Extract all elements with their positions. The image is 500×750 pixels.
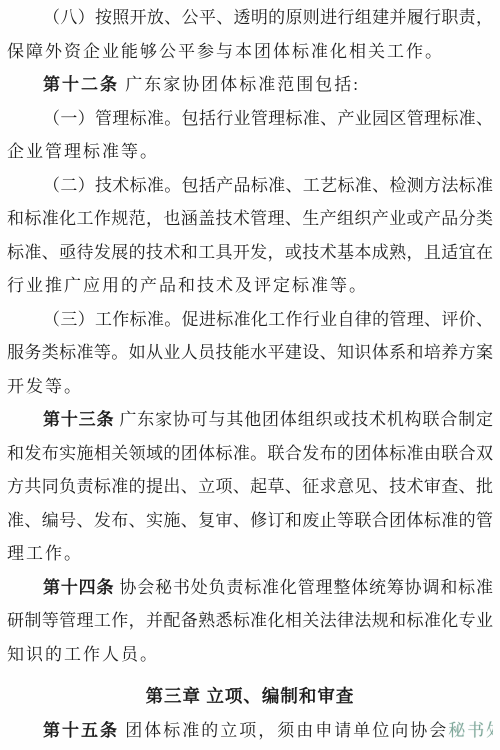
text-line: 行业推广应用的产品和技术及评定标准等。 — [7, 269, 493, 303]
text-line: 第十五条 团体标准的立项，须由申请单位向协会秘书处提 — [7, 714, 493, 748]
faded-edge-text: 秘书处提 — [448, 721, 493, 740]
text-line: 知识的工作人员。 — [7, 638, 493, 672]
line-text: 服务类标准等。如从业人员技能水平建设、知识体系和培养方案 — [7, 343, 493, 362]
line-text: 标准、亟待发展的技术和工具开发，或技术基本成熟，且适宜在 — [7, 243, 493, 262]
text-line: 保障外资企业能够公平参与本团体标准化相关工作。 — [7, 35, 493, 69]
article-number: 第十二条 — [43, 75, 119, 94]
line-text: （三）工作标准。促进标准化工作行业自律的管理、评价、 — [43, 310, 493, 329]
text-line: （八）按照开放、公平、透明的原则进行组建并履行职责， — [7, 1, 493, 35]
document-body: （八）按照开放、公平、透明的原则进行组建并履行职责，保障外资企业能够公平参与本团… — [7, 1, 493, 747]
line-text: （二）技术标准。包括产品标准、工艺标准、检测方法标准 — [43, 176, 493, 195]
text-line: 准、编号、发布、实施、复审、修订和废止等联合团体标准的管 — [7, 504, 493, 538]
line-text: 方共同负责标准的提出、立项、起草、征求意见、技术审查、批 — [7, 477, 493, 496]
line-text: 理工作。 — [7, 544, 83, 563]
line-text: 和发布实施相关领域的团体标准。联合发布的团体标准由联合双 — [7, 444, 493, 463]
text-line: 标准、亟待发展的技术和工具开发，或技术基本成熟，且适宜在 — [7, 236, 493, 270]
line-text: （八）按照开放、公平、透明的原则进行组建并履行职责， — [43, 8, 493, 27]
text-line: 第十二条 广东家协团体标准范围包括: — [7, 68, 493, 102]
text-line: 服务类标准等。如从业人员技能水平建设、知识体系和培养方案 — [7, 336, 493, 370]
line-text: 协会秘书处负责标准化管理整体统筹协调和标准 — [114, 578, 493, 597]
text-line: 方共同负责标准的提出、立项、起草、征求意见、技术审查、批 — [7, 470, 493, 504]
text-line: 和标准化工作规范，也涵盖技术管理、生产组织产业或产品分类 — [7, 202, 493, 236]
chapter-heading: 第三章 立项、编制和审查 — [7, 680, 493, 714]
text-line: （二）技术标准。包括产品标准、工艺标准、检测方法标准 — [7, 169, 493, 203]
text-line: 第十三条 广东家协可与其他团体组织或技术机构联合制定 — [7, 403, 493, 437]
chapter-heading-text: 第三章 立项、编制和审查 — [146, 686, 355, 706]
line-text: 准、编号、发布、实施、复审、修订和废止等联合团体标准的管 — [7, 511, 493, 530]
line-text: 保障外资企业能够公平参与本团体标准化相关工作。 — [7, 42, 444, 61]
text-line: （一）管理标准。包括行业管理标准、产业园区管理标准、 — [7, 102, 493, 136]
text-line: （三）工作标准。促进标准化工作行业自律的管理、评价、 — [7, 303, 493, 337]
article-number: 第十三条 — [43, 410, 114, 429]
line-text: 广东家协可与其他团体组织或技术机构联合制定 — [114, 410, 493, 429]
line-text: 团体标准的立项，须由申请单位向协会 — [119, 721, 448, 740]
line-text: 和标准化工作规范，也涵盖技术管理、生产组织产业或产品分类 — [7, 209, 493, 228]
line-text: （一）管理标准。包括行业管理标准、产业园区管理标准、 — [43, 109, 493, 128]
text-line: 理工作。 — [7, 537, 493, 571]
document-page: （八）按照开放、公平、透明的原则进行组建并履行职责，保障外资企业能够公平参与本团… — [0, 0, 500, 750]
line-text: 开发等。 — [7, 377, 83, 396]
text-line: 和发布实施相关领域的团体标准。联合发布的团体标准由联合双 — [7, 437, 493, 471]
text-line: 企业管理标准等。 — [7, 135, 493, 169]
line-text: 研制等管理工作，并配备熟悉标准化相关法律法规和标准化专业 — [7, 611, 493, 630]
line-text: 知识的工作人员。 — [7, 645, 159, 664]
text-line: 第十四条 协会秘书处负责标准化管理整体统筹协调和标准 — [7, 571, 493, 605]
line-text: 广东家协团体标准范围包括: — [119, 75, 360, 94]
article-number: 第十四条 — [43, 578, 114, 597]
line-text: 行业推广应用的产品和技术及评定标准等。 — [7, 276, 368, 295]
article-number: 第十五条 — [43, 721, 119, 740]
line-text: 企业管理标准等。 — [7, 142, 159, 161]
text-line: 开发等。 — [7, 370, 493, 404]
text-line: 研制等管理工作，并配备熟悉标准化相关法律法规和标准化专业 — [7, 604, 493, 638]
